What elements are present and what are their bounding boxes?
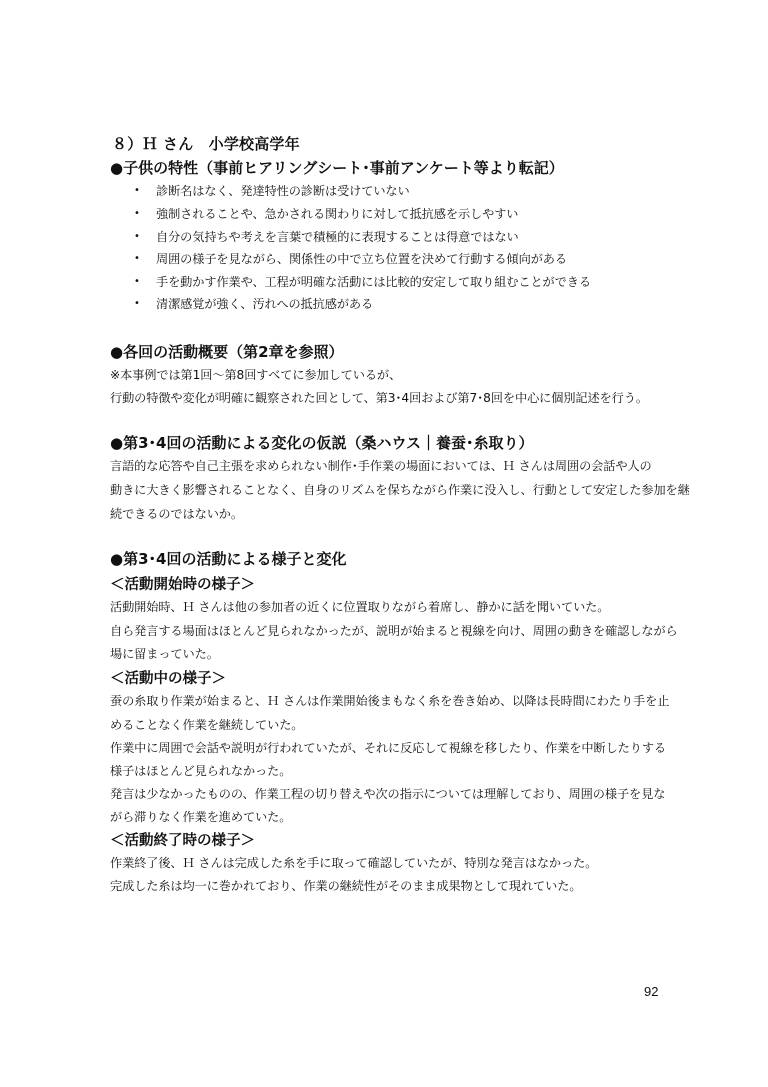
hypothesis-line: 続できるのではないか。 [110, 505, 243, 522]
trait-text: 自分の気持ちや考えを言葉で積極的に表現することは得意ではない [156, 228, 519, 245]
traits-heading: ●子供の特性（事前ヒアリングシート･事前アンケート等より転記） [110, 157, 564, 178]
start-line: 活動開始時、Ｈ さんは他の参加者の近くに位置取りながら着席し、静かに話を聞いてい… [110, 598, 609, 615]
hypothesis-line: 動きに大きく影響されることなく、自身のリズムを保ちながら作業に没入し、行動として… [110, 481, 690, 498]
hypothesis-line: 言語的な応答や自己主張を求められない制作･手作業の場面においては、Ｈ さんは周囲… [110, 457, 652, 474]
bullet-icon: • [134, 231, 140, 242]
start-line: 場に留まっていた。 [110, 645, 219, 662]
section-title: ８）Ｈ さん 小学校高学年 [112, 133, 300, 154]
trait-text: 清潔感覚が強く、汚れへの抵抗感がある [156, 295, 373, 312]
overview-heading: ●各回の活動概要（第2章を参照） [110, 341, 344, 362]
during-line: めることなく作業を継続していた。 [110, 716, 303, 733]
bullet-icon: • [134, 185, 140, 196]
trait-text: 診断名はなく、発達特性の診断は受けていない [156, 182, 410, 199]
bullet-icon: • [134, 208, 140, 219]
end-line: 作業終了後、Ｈ さんは完成した糸を手に取って確認していたが、特別な発言はなかった… [110, 854, 597, 871]
hypothesis-heading: ●第3･4回の活動による変化の仮説（桑ハウス｜養蚕･糸取り） [110, 432, 534, 453]
during-line: 作業中に周囲で会話や説明が行われていたが、それに反応して視線を移したり、作業を中… [110, 739, 666, 756]
page-number: 92 [644, 984, 658, 999]
bullet-icon: • [134, 276, 140, 287]
during-line: 蚕の糸取り作業が始まると、Ｈ さんは作業開始後まもなく糸を巻き始め、以降は長時間… [110, 692, 669, 709]
trait-text: 周囲の様子を見ながら、関係性の中で立ち位置を決めて行動する傾向がある [156, 250, 567, 267]
trait-text: 強制されることや、急かされる関わりに対して抵抗感を示しやすい [156, 205, 518, 222]
during-subheading: ＜活動中の様子＞ [110, 667, 226, 688]
overview-line: ※本事例では第1回～第8回すべてに参加しているが、 [110, 366, 401, 383]
start-line: 自ら発言する場面はほとんど見られなかったが、説明が始まると視線を向け、周囲の動き… [110, 622, 678, 639]
observations-heading: ●第3･4回の活動による様子と変化 [110, 548, 346, 569]
during-line: 発言は少なかったものの、作業工程の切り替えや次の指示については理解しており、周囲… [110, 785, 665, 802]
overview-line: 行動の特徴や変化が明確に観察された回として、第3･4回および第7･8回を中心に個… [110, 389, 648, 406]
during-line: 様子はほとんど見られなかった。 [110, 762, 291, 779]
trait-text: 手を動かす作業や、工程が明確な活動には比較的安定して取り組むことができる [156, 273, 591, 290]
during-line: がら滞りなく作業を進めていた。 [110, 808, 291, 825]
bullet-icon: • [134, 298, 140, 309]
start-subheading: ＜活動開始時の様子＞ [110, 573, 255, 594]
end-line: 完成した糸は均一に巻かれており、作業の継続性がそのまま成果物として現れていた。 [110, 877, 581, 894]
end-subheading: ＜活動終了時の様子＞ [110, 829, 255, 850]
bullet-icon: • [134, 253, 140, 264]
